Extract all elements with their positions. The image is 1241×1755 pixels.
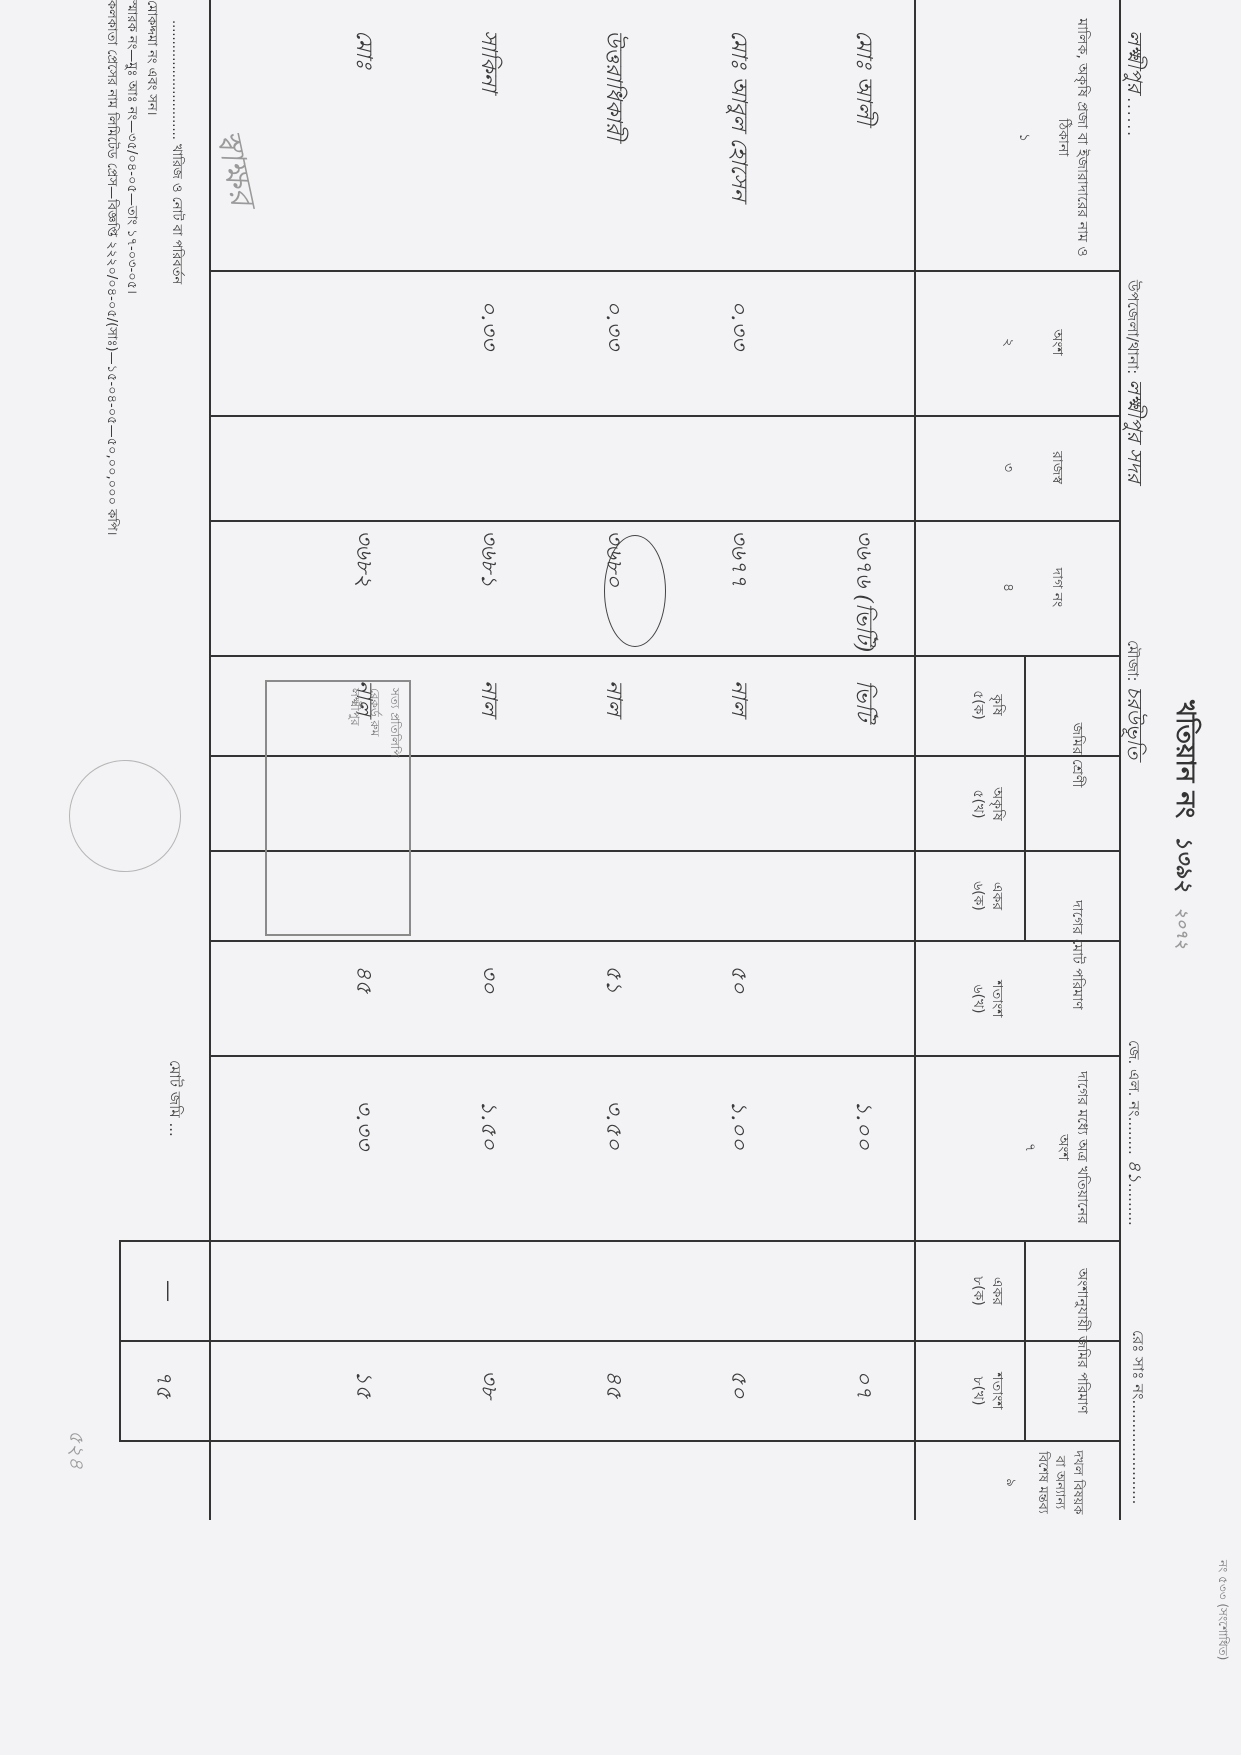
group-divider [1024, 1240, 1026, 1442]
total-acre: — [156, 1280, 181, 1302]
land-record-page: নং ৫৩৩ (সংশোধিত) খতিয়ান নং ১৩৯২ ২০৭২ লক… [0, 0, 1241, 1755]
khatian-alt-number: ২০৭২ [1173, 907, 1192, 949]
jl-field: জে. এল. নং........ ৪১......... [1118, 1040, 1149, 1226]
col-header-dag-total: দাগের মোট পরিমাণ [1067, 855, 1086, 1055]
col-header-revenue: রাজস্ব ৩ [998, 420, 1066, 515]
col-num: ৭ [1020, 1060, 1039, 1235]
circled-dag-mark [604, 535, 666, 647]
cell-class: নাল [719, 680, 756, 716]
col-label: দখল বিষয়ক বা অন্যান্য বিশেষ মন্তব্য [1033, 1445, 1086, 1520]
col-divider [121, 1240, 1121, 1242]
cell-part: ১.০০ [719, 1100, 756, 1150]
subcol-num: ৬(ক) [968, 855, 987, 937]
cell-class: নাল [594, 680, 631, 716]
cell-alloc-decimal: ০৭ [844, 1370, 881, 1399]
cell-owner: মোঃ [344, 30, 381, 69]
cell-decimal: ৫০ [719, 965, 756, 994]
group-divider [1024, 655, 1026, 855]
cell-part: ৩.৫০ [594, 1100, 631, 1150]
col-label: অংশ [1047, 275, 1066, 410]
subcol-decimal: শতাংশ ৬(খ) [968, 945, 1006, 1053]
total-box-side [119, 1440, 211, 1442]
mouza-value: চরউভূতি [1123, 686, 1147, 759]
upazila-label: উপজেলা/থানা [1124, 280, 1142, 369]
cell-alloc-decimal: ১৫ [344, 1370, 381, 1399]
col-num: ৪ [998, 525, 1017, 650]
print-line: কলকাতা প্রেসের নাম লিমিটেড প্রেস—বিজ্ঞপ্… [100, 0, 121, 535]
col-label: মালিক, অকৃষি প্রজা বা ইজারাদারের নাম ও ঠ… [1053, 10, 1091, 265]
cell-dag: ৩৬৭৬ (ভিটি) [844, 530, 881, 652]
col-header-land-class: জমির শ্রেণী [1067, 660, 1086, 850]
document-title: খতিয়ান নং ১৩৯২ ২০৭২ [1162, 700, 1206, 949]
cell-owner: মোঃ আলী [844, 30, 881, 125]
cell-part: ৩.৩৩ [344, 1100, 381, 1150]
subcol-acre: একর ৬(ক) [968, 855, 1006, 937]
col-header-remarks: দখল বিষয়ক বা অন্যান্য বিশেষ মন্তব্য ৯ [1002, 1445, 1086, 1520]
total-box-divider [119, 1340, 211, 1342]
col-divider [211, 655, 1121, 657]
cell-part: ১.৫০ [469, 1100, 506, 1150]
total-decimal: ৭৫ [144, 1370, 181, 1399]
cell-share: ০.৩৩ [469, 300, 506, 350]
margin-note: ৫২৪ [58, 1430, 91, 1469]
subcol-num: ৮(ক) [968, 1245, 987, 1337]
col-header-share-amount: অংশানুযায়ী জমির পরিমাণ [1072, 1245, 1091, 1437]
col-header-dag: দাগ নং ৪ [998, 525, 1066, 650]
col-label: দাগের মধ্যে অত্র খতিয়ানের অংশ [1053, 1060, 1091, 1235]
subcol-agri: কৃষি ৫(ক) [968, 660, 1006, 750]
jl-value: ৪১ [1124, 1160, 1145, 1183]
col-num: ১ [1014, 10, 1033, 265]
mouza-label: মৌজা [1124, 640, 1142, 676]
transfer-line: ............................. খারিজ ও নো… [165, 20, 186, 284]
subcol-non-agri: অকৃষি ৫(খ) [968, 760, 1006, 848]
col-divider [121, 1440, 1121, 1442]
cell-owner: উত্তরাধিকারী [594, 30, 631, 140]
cell-class: ভিটি [844, 680, 881, 721]
subcol-num: ৬(খ) [968, 945, 987, 1053]
table-bottom-border [209, 0, 211, 1520]
upazila-value: লক্ষ্মীপুর সদর [1123, 379, 1147, 483]
cell-owner: মোঃ আবুল হোসেন [719, 30, 756, 201]
cell-share: ০.৩৩ [594, 300, 631, 350]
cell-decimal: ৪৫ [344, 965, 381, 994]
cell-alloc-decimal: ৫০ [719, 1370, 756, 1399]
col-num: ৩ [998, 420, 1017, 515]
cell-alloc-decimal: ৪৫ [594, 1370, 631, 1399]
col-header-owner: মালিক, অকৃষি প্রজা বা ইজারাদারের নাম ও ঠ… [1014, 10, 1091, 265]
total-label-text: মোট জমি [166, 1060, 184, 1118]
col-num: ২ [998, 275, 1017, 410]
subcol-num: ৫(ক) [968, 660, 987, 750]
cell-decimal: ৩০ [469, 965, 506, 994]
stamp-line: রেকর্ড রুম [363, 688, 383, 928]
subcol-label: কৃষি [987, 660, 1006, 750]
subcol-label: একর [987, 1245, 1006, 1337]
col-label: দাগ নং [1047, 525, 1066, 650]
district-value: লক্ষ্মীপুর [1123, 30, 1147, 93]
stamp-line: লক্ষ্মীপুর [343, 688, 363, 928]
col-divider [211, 270, 1121, 272]
khatian-number: ১৩৯২ [1171, 835, 1197, 892]
pencil-scribble [69, 760, 181, 872]
col-divider [211, 940, 1121, 942]
cell-dag: ৩৬৮১ [469, 530, 506, 587]
subcol-label: একর [987, 855, 1006, 937]
subcol-label: শতাংশ [987, 945, 1006, 1053]
col-divider [211, 415, 1121, 417]
subcol-label: শতাংশ [987, 1345, 1006, 1437]
table-top-border [1119, 0, 1121, 1520]
col-divider [211, 1055, 1121, 1057]
cell-part: ১.০০ [844, 1100, 881, 1150]
subcol-num: ৮(খ) [968, 1345, 987, 1437]
cell-share: ০.৩৩ [719, 300, 756, 350]
reg-field: রেঃ সাঃ নং...................... [1124, 1330, 1149, 1504]
col-header-khatian-share: দাগের মধ্যে অত্র খতিয়ানের অংশ ৭ [1020, 1060, 1091, 1235]
signature: স্বাক্ষর [197, 125, 269, 212]
col-label: রাজস্ব [1047, 420, 1066, 515]
subcol-num: ৫(খ) [968, 760, 987, 848]
cell-owner: সাকিনা [469, 30, 506, 92]
cell-class: নাল [469, 680, 506, 716]
group-divider [1024, 850, 1026, 942]
header-bottom-border [914, 0, 916, 1520]
col-divider [211, 520, 1121, 522]
subcol-share-acre: একর ৮(ক) [968, 1245, 1006, 1337]
reg-label: রেঃ সাঃ নং [1129, 1330, 1147, 1400]
title-label: খতিয়ান নং [1170, 700, 1200, 818]
cell-alloc-decimal: ৩৮ [469, 1370, 506, 1399]
case-line: মোকদ্দমা নং এবং সন। [140, 0, 161, 115]
cell-decimal: ৫১ [594, 965, 631, 994]
form-code: নং ৫৩৩ (সংশোধিত) [1211, 1560, 1231, 1660]
cell-dag: ৩৬৭৭ [719, 530, 756, 587]
col-divider [121, 1340, 1121, 1342]
col-header-share: অংশ ২ [998, 275, 1066, 410]
cell-dag: ৩৬৮২ [344, 530, 381, 587]
subcol-share-decimal: শতাংশ ৮(খ) [968, 1345, 1006, 1437]
jl-label: জে. এল. নং [1125, 1040, 1143, 1117]
subcol-label: অকৃষি [987, 760, 1006, 848]
total-box-side [119, 1240, 211, 1242]
stamp-line: সত্য প্রতিলিপি [383, 688, 403, 928]
official-stamp: সত্য প্রতিলিপি রেকর্ড রুম লক্ষ্মীপুর [265, 680, 411, 936]
order-line: স্মারক নং—মুঃ আঃ নং—৩৫/০৪-০৫—তাং ১৭-০৩-০… [120, 0, 141, 294]
total-label: মোট জমি ... [161, 1060, 186, 1137]
col-num: ৯ [1002, 1445, 1020, 1520]
transfer-label: খারিজ ও নোট বা পরিবর্তন [169, 144, 184, 284]
